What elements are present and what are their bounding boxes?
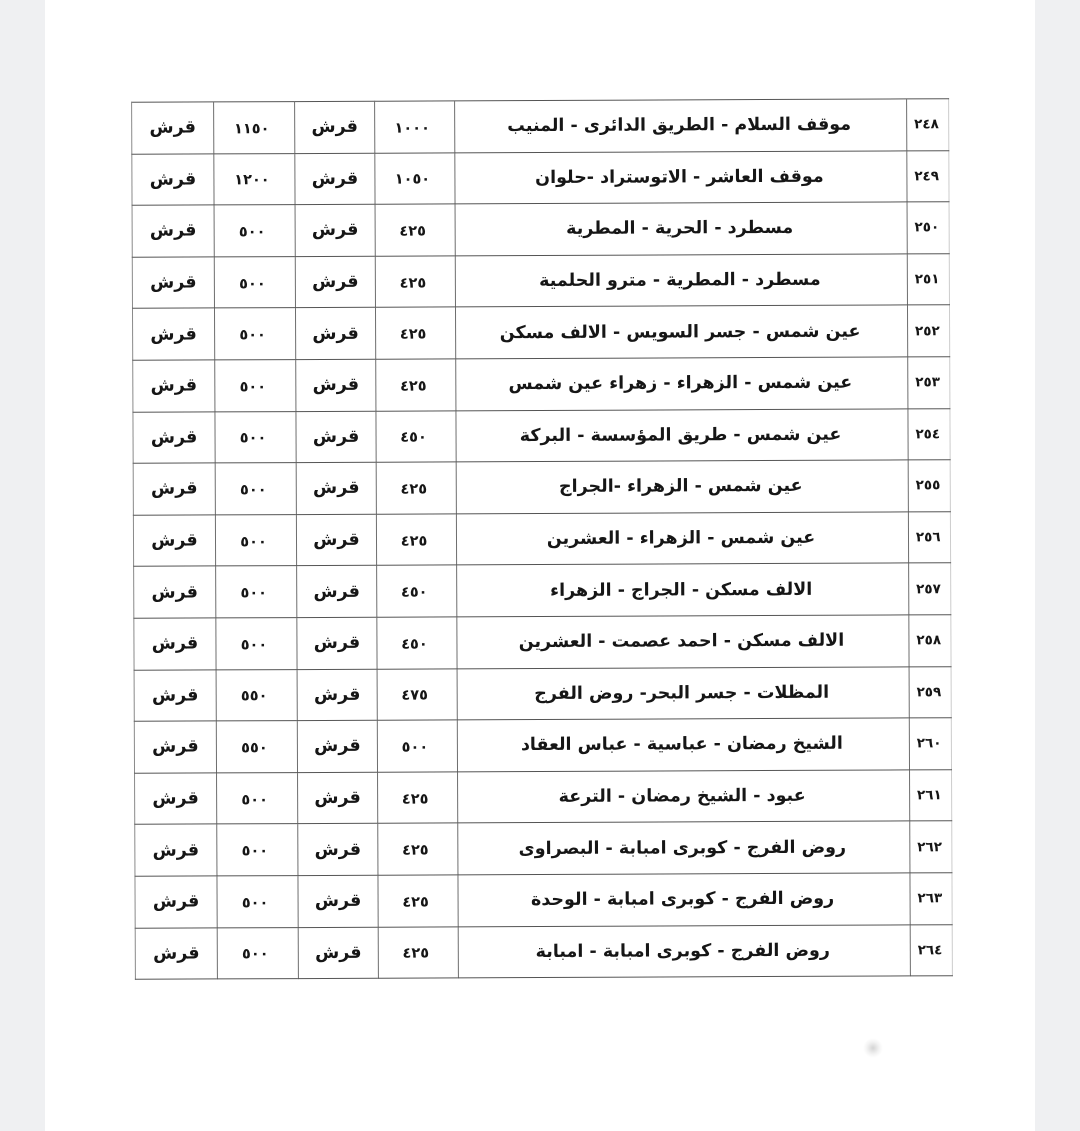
route-name-cell: موقف السلام - الطريق الدائرى - المنيب [455,99,907,153]
row-number: ٢٦٣ [917,890,942,906]
route-name-cell: روض الفرج - كوبرى امبابة - امبابة [458,924,910,978]
row-number: ٢٥١ [915,271,940,287]
table-row: ٢٥٧ الالف مسكن - الجراج - الزهراء ٤٥٠ قر… [134,563,951,618]
fare1-value: ١٠٥٠ [395,172,430,188]
table-row: ٢٥٩ المظلات - جسر البحر- روض الفرج ٤٧٥ ق… [134,666,951,721]
row-number-cell: ٢٥٨ [909,615,951,667]
fare2-unit-label: قرش [134,566,216,618]
route-name-cell: عبود - الشيخ رمضان - الترعة [458,770,910,824]
route-name-cell: عين شمس - طريق المؤسسة - البركة [456,408,908,462]
table-row: ٢٦١ عبود - الشيخ رمضان - الترعة ٤٢٥ قرش … [135,769,952,824]
fare1-cell: ٤٢٥ [375,256,455,308]
route-name-cell: الشيخ رمضان - عباسية - عباس العقاد [457,718,909,772]
fare2-cell: ٥٠٠ [217,875,298,927]
fare2-unit-label: قرش [133,360,215,412]
row-number-cell: ٢٥٩ [909,666,951,718]
fare1-cell: ٤٢٥ [376,359,456,411]
fare2-cell: ٥٠٠ [215,411,296,463]
row-number-cell: ٢٦٢ [910,821,952,873]
fare1-value: ٤٧٥ [401,688,428,704]
fare2-unit-label: قرش [134,721,216,773]
fare2-cell: ٥٠٠ [215,360,296,412]
scan-smudge-artifact [863,1038,883,1058]
fare1-cell: ٤٢٥ [378,926,458,978]
fare1-unit-label: قرش [297,617,377,669]
fare2-unit-label: قرش [132,308,214,360]
row-number: ٢٥٢ [915,323,940,339]
row-number-cell: ٢٦٤ [910,924,952,976]
fare2-cell: ٥٠٠ [217,772,298,824]
fare1-value: ٤٥٠ [401,636,428,652]
table-row: ٢٥٥ عين شمس - الزهراء -الجراج ٤٢٥ قرش ٥٠… [133,460,950,515]
fare1-unit-label: قرش [297,669,377,721]
table-row: ٢٦٤ روض الفرج - كوبرى امبابة - امبابة ٤٢… [135,924,952,979]
fare2-unit-label: قرش [133,463,215,515]
fare2-cell: ٥٠٠ [215,514,296,566]
table-row: ٢٥٠ مسطرد - الحرية - المطرية ٤٢٥ قرش ٥٠٠… [132,202,949,257]
row-number-cell: ٢٥٠ [907,202,949,254]
row-number: ٢٥٠ [914,220,939,236]
fare-table-body: ٢٤٨ موقف السلام - الطريق الدائرى - المني… [132,99,953,980]
table-row: ٢٥٣ عين شمس - الزهراء - زهراء عين شمس ٤٢… [133,357,950,412]
fare1-value: ٤٢٥ [401,533,428,549]
fare2-cell: ١١٥٠ [214,102,295,154]
table-row: ٢٥٢ عين شمس - جسر السويس - الالف مسكن ٤٢… [132,305,949,360]
fare1-cell: ٤٢٥ [375,307,455,359]
fare1-value: ٥٠٠ [402,739,429,755]
fare1-value: ٤٢٥ [402,843,429,859]
fare2-value: ١١٥٠ [234,121,269,137]
fare2-value: ٥٠٠ [240,379,267,395]
row-number: ٢٥٨ [916,632,941,648]
route-name-cell: عين شمس - الزهراء - زهراء عين شمس [456,357,908,411]
table-row: ٢٦٢ روض الفرج - كوبرى امبابة - البصراوى … [135,821,952,876]
row-number: ٢٦٢ [917,839,942,855]
fare2-value: ٥٠٠ [242,843,269,859]
fare2-cell: ٥٠٠ [214,308,295,360]
table-row: ٢٥١ مسطرد - المطرية - مترو الحلمية ٤٢٥ ق… [132,254,949,309]
fare1-unit-label: قرش [298,772,378,824]
fare-table: ٢٤٨ موقف السلام - الطريق الدائرى - المني… [131,98,953,980]
fare1-unit-label: قرش [295,101,375,153]
route-name-cell: الالف مسكن - احمد عصمت - العشرين [457,615,909,669]
fare2-unit-label: قرش [133,515,215,567]
fare1-cell: ٤٥٠ [376,410,456,462]
fare2-cell: ١٢٠٠ [214,153,295,205]
fare1-cell: ٤٢٥ [378,823,458,875]
fare1-value: ١٠٠٠ [394,120,429,136]
fare1-unit-label: قرش [296,411,376,463]
fare2-value: ١٢٠٠ [234,173,269,189]
route-name-cell: روض الفرج - كوبرى امبابة - البصراوى [458,821,910,875]
fare2-unit-label: قرش [135,876,217,928]
row-number-cell: ٢٦١ [910,769,952,821]
row-number: ٢٥٥ [916,478,941,494]
fare2-unit-label: قرش [135,824,217,876]
fare2-unit-label: قرش [132,257,214,309]
table-row: ٢٥٨ الالف مسكن - احمد عصمت - العشرين ٤٥٠… [134,615,951,670]
row-number-cell: ٢٥٣ [908,357,950,409]
table-row: ٢٦٠ الشيخ رمضان - عباسية - عباس العقاد ٥… [134,718,951,773]
fare1-value: ٤٢٥ [402,791,429,807]
fare2-value: ٥٥٠ [241,740,268,756]
fare1-cell: ٥٠٠ [377,720,457,772]
row-number: ٢٦١ [917,787,942,803]
row-number-cell: ٢٦٠ [909,718,951,770]
fare2-value: ٥٠٠ [239,276,266,292]
fare1-unit-label: قرش [296,514,376,566]
fare1-unit-label: قرش [295,308,375,360]
fare1-unit-label: قرش [298,824,378,876]
fare2-value: ٥٠٠ [239,327,266,343]
fare2-cell: ٥٠٠ [217,927,298,979]
fare1-value: ٤٢٥ [400,378,427,394]
fare2-value: ٥٠٠ [240,482,267,498]
route-name-cell: الالف مسكن - الجراج - الزهراء [457,563,909,617]
fare1-value: ٤٢٥ [399,223,426,239]
fare1-cell: ٤٢٥ [376,462,456,514]
fare1-unit-label: قرش [297,720,377,772]
fare1-unit-label: قرش [295,153,375,205]
fare1-unit-label: قرش [296,359,376,411]
row-number-cell: ٢٥٥ [908,460,950,512]
fare2-value: ٥٠٠ [241,792,268,808]
row-number-cell: ٢٤٩ [907,150,949,202]
row-number: ٢٥٩ [917,684,942,700]
fare2-unit-label: قرش [135,927,217,979]
table-row: ٢٦٣ روض الفرج - كوبرى امبابة - الوحدة ٤٢… [135,873,952,928]
fare1-unit-label: قرش [296,462,376,514]
fare1-cell: ٤٢٥ [378,875,458,927]
fare2-unit-label: قرش [132,205,214,257]
row-number: ٢٤٩ [914,168,939,184]
route-name-cell: عين شمس - جسر السويس - الالف مسكن [455,305,907,359]
row-number: ٢٥٦ [916,529,941,545]
fare1-cell: ٤٢٥ [375,204,455,256]
fare2-unit-label: قرش [134,618,216,670]
fare1-unit-label: قرش [298,927,378,979]
fare2-cell: ٥٠٠ [216,566,297,618]
row-number: ٢٦٠ [917,736,942,752]
row-number-cell: ٢٥١ [907,254,949,306]
fare1-unit-label: قرش [298,875,378,927]
fare2-unit-label: قرش [133,411,215,463]
fare2-unit-label: قرش [135,773,217,825]
row-number-cell: ٢٦٣ [910,873,952,925]
fare2-cell: ٥٠٠ [217,824,298,876]
fare2-value: ٥٠٠ [241,637,268,653]
fare1-cell: ١٠٠٠ [375,101,455,153]
route-name-cell: المظلات - جسر البحر- روض الفرج [457,666,909,720]
row-number: ٢٥٤ [915,426,940,442]
fare2-cell: ٥٠٠ [214,256,295,308]
table-row: ٢٥٤ عين شمس - طريق المؤسسة - البركة ٤٥٠ … [133,408,950,463]
fare2-value: ٥٠٠ [240,431,267,447]
row-number-cell: ٢٥٧ [909,563,951,615]
route-name-cell: عين شمس - الزهراء -الجراج [456,460,908,514]
fare2-cell: ٥٠٠ [215,463,296,515]
table-row: ٢٥٦ عين شمس - الزهراء - العشرين ٤٢٥ قرش … [133,511,950,566]
fare2-value: ٥٥٠ [241,689,268,705]
fare1-cell: ٤٧٥ [377,668,457,720]
fare2-cell: ٥٥٠ [216,721,297,773]
row-number: ٢٥٧ [916,581,941,597]
fare1-cell: ٤٢٥ [378,772,458,824]
fare1-value: ٤٢٥ [402,946,429,962]
fare2-unit-label: قرش [132,154,214,206]
row-number-cell: ٢٤٨ [907,99,949,151]
fare2-value: ٥٠٠ [240,534,267,550]
fare1-value: ٤٢٥ [402,894,429,910]
fare2-unit-label: قرش [132,102,214,154]
route-name-cell: مسطرد - الحرية - المطرية [455,202,907,256]
row-number-cell: ٢٥٢ [907,305,949,357]
route-name-cell: روض الفرج - كوبرى امبابة - الوحدة [458,873,910,927]
fare1-cell: ٤٥٠ [377,617,457,669]
fare1-unit-label: قرش [295,204,375,256]
row-number: ٢٦٤ [918,942,943,958]
table-row: ٢٤٨ موقف السلام - الطريق الدائرى - المني… [132,99,949,154]
route-name-cell: مسطرد - المطرية - مترو الحلمية [455,254,907,308]
fare1-value: ٤٢٥ [400,327,427,343]
row-number: ٢٤٨ [914,117,939,133]
fare2-value: ٥٠٠ [242,895,269,911]
fare1-value: ٤٢٥ [400,275,427,291]
route-name-cell: عين شمس - الزهراء - العشرين [456,512,908,566]
fare1-value: ٤٥٠ [400,430,427,446]
fare2-value: ٥٠٠ [240,585,267,601]
fare1-unit-label: قرش [297,566,377,618]
row-number-cell: ٢٥٦ [908,511,950,563]
fare2-cell: ٥٠٠ [216,618,297,670]
fare1-cell: ١٠٥٠ [375,152,455,204]
table-row: ٢٤٩ موقف العاشر - الاتوستراد -حلوان ١٠٥٠… [132,150,949,205]
fare2-value: ٥٠٠ [239,224,266,240]
fare2-cell: ٥٥٠ [216,669,297,721]
fare1-unit-label: قرش [295,256,375,308]
fare1-value: ٤٢٥ [400,481,427,497]
row-number-cell: ٢٥٤ [908,408,950,460]
fare1-value: ٤٥٠ [401,585,428,601]
fare2-cell: ٥٠٠ [214,205,295,257]
route-name-cell: موقف العاشر - الاتوستراد -حلوان [455,150,907,204]
fare1-cell: ٤٥٠ [377,565,457,617]
fare2-unit-label: قرش [134,669,216,721]
fare1-cell: ٤٢٥ [376,514,456,566]
fare2-value: ٥٠٠ [242,946,269,962]
row-number: ٢٥٣ [915,375,940,391]
